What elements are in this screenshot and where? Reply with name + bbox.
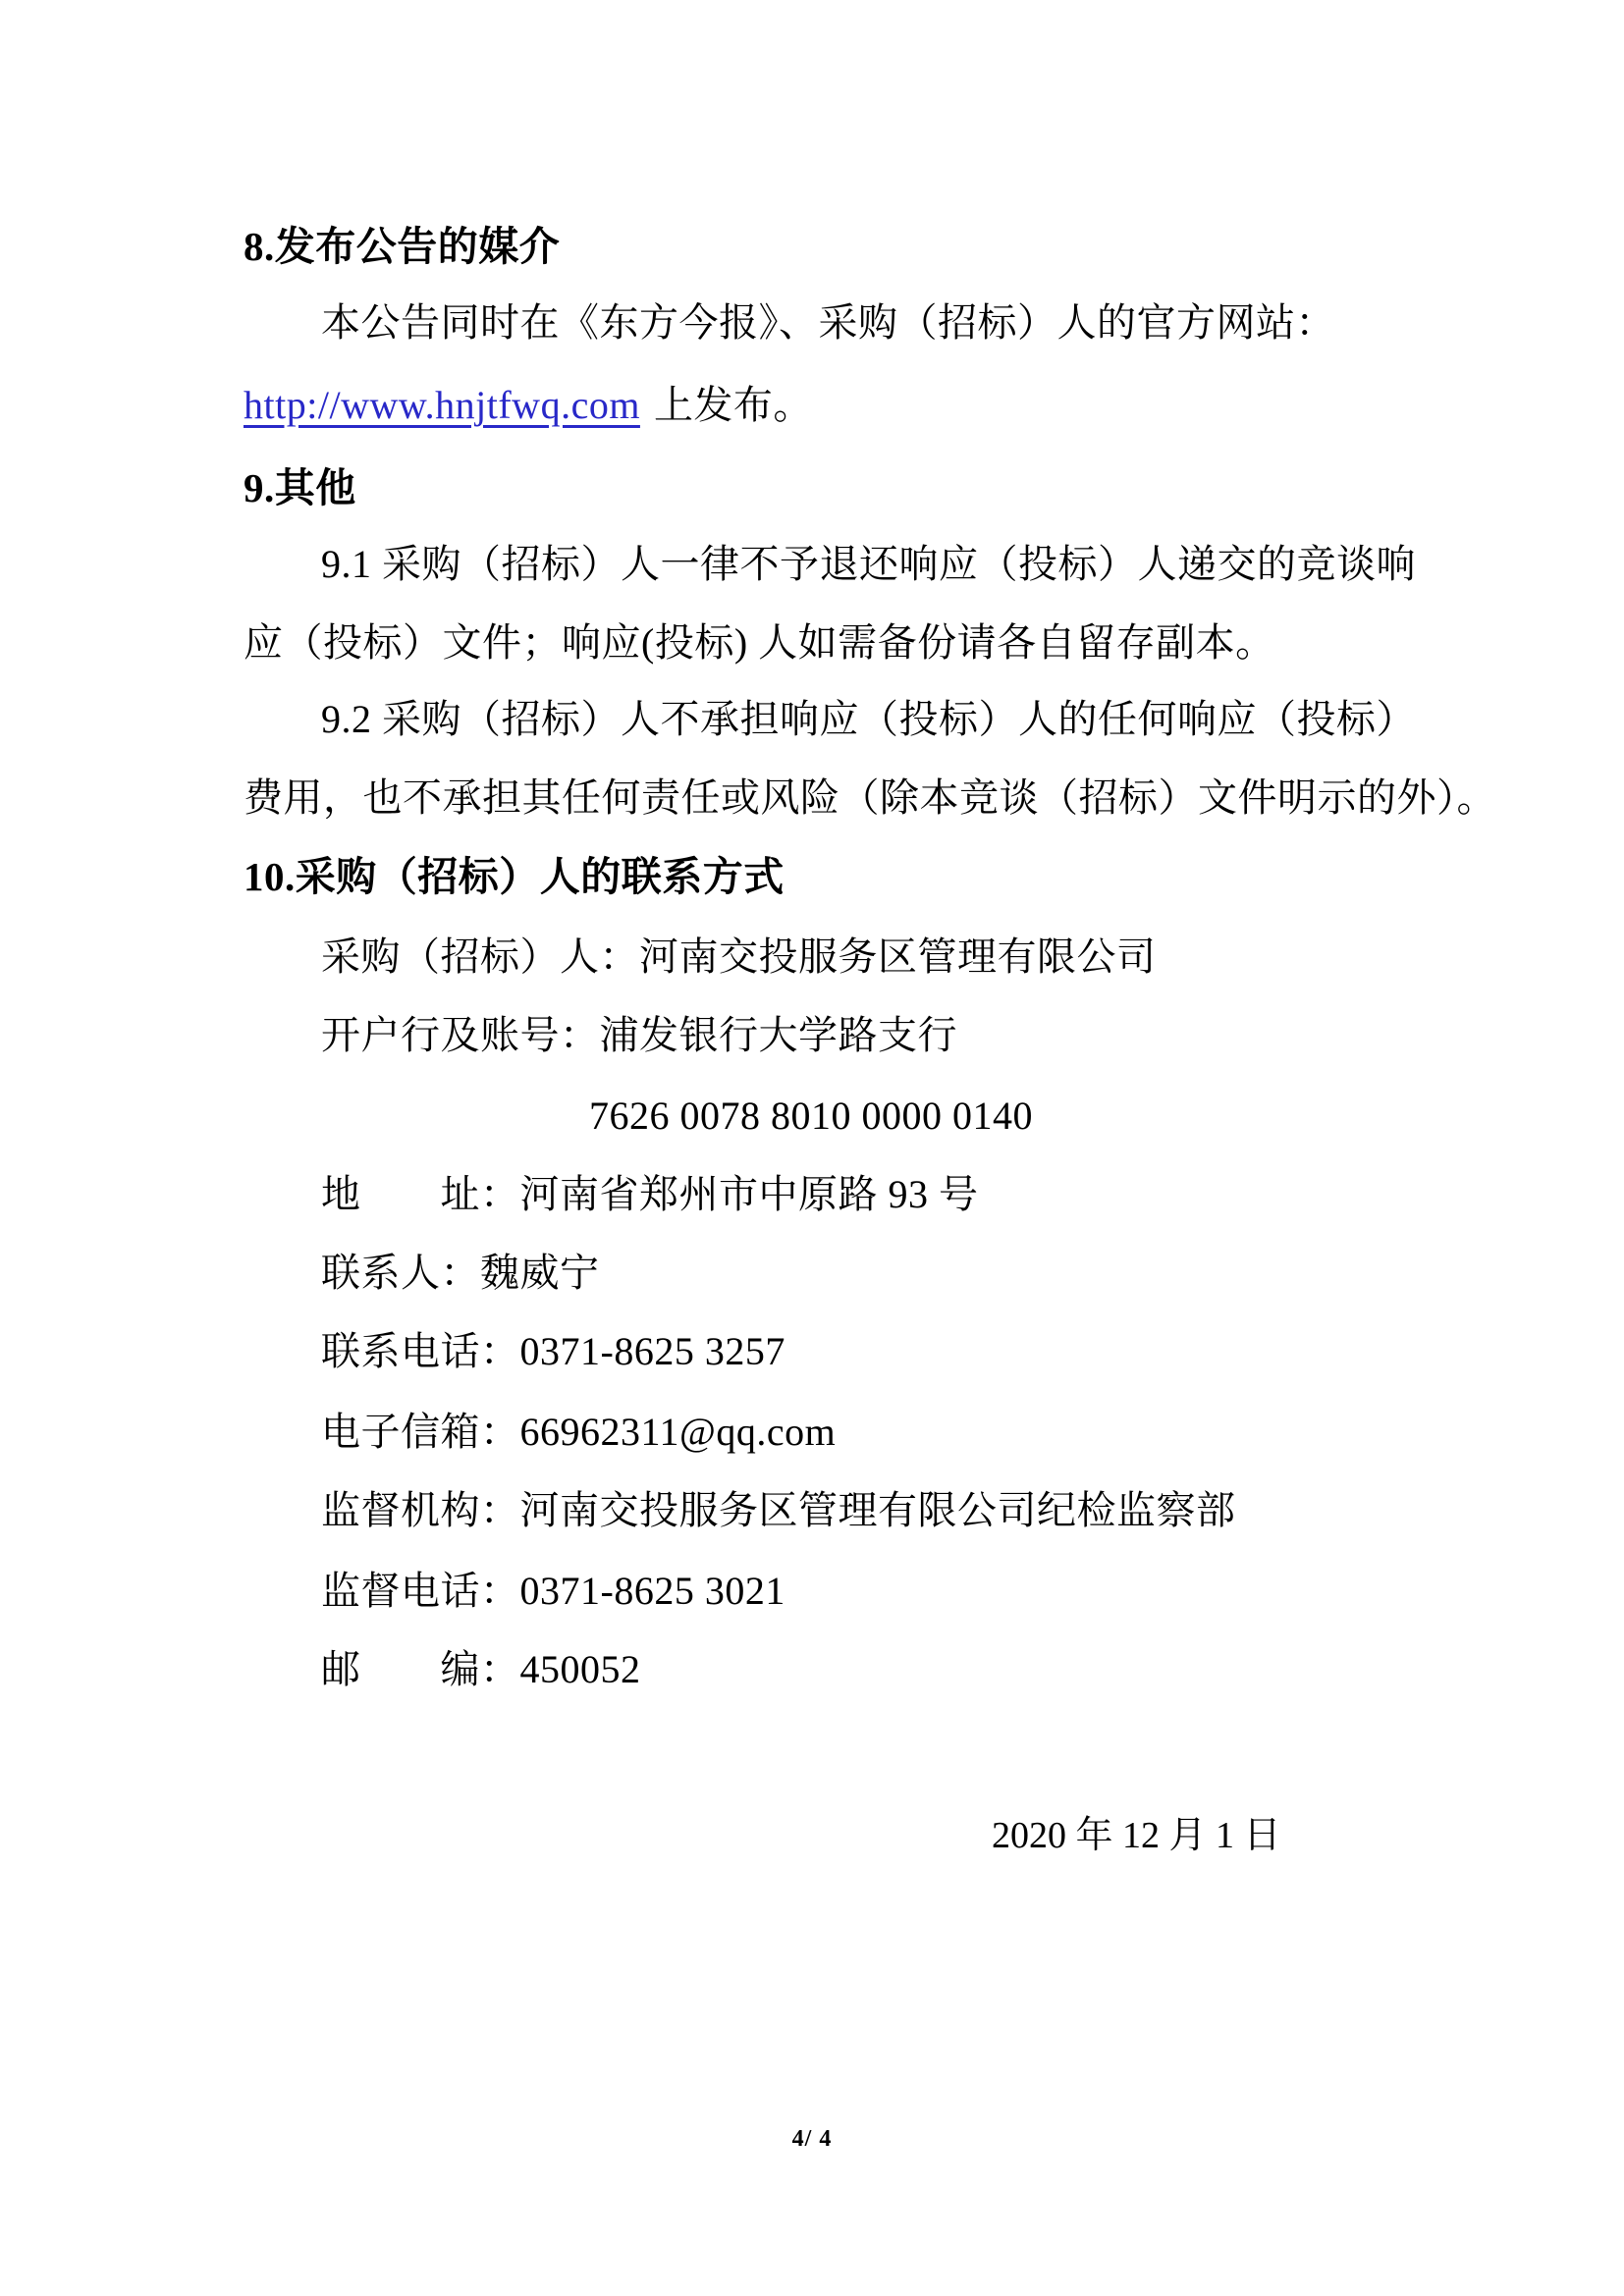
page-number: 4/ 4 [0, 2126, 1624, 2153]
document-date: 2020 年 12 月 1 日 [992, 1804, 1281, 1858]
contact-address-line: 地 址：河南省郑州市中原路 93 号 [321, 1172, 979, 1217]
contact-email-line: 电子信箱：66962311@qq.com [321, 1410, 836, 1455]
section-9-heading: 9.其他 [244, 465, 356, 511]
contact-person-line: 联系人：魏威宁 [321, 1251, 600, 1296]
zip-code-line: 邮 编：450052 [321, 1647, 641, 1692]
supervisor-phone-line: 监督电话：0371-8625 3021 [321, 1569, 785, 1614]
clause-9-1-line-2: 应（投标）文件；响应(投标) 人如需备份请各自留存副本。 [244, 620, 1275, 666]
website-link[interactable]: http://www.hnjtfwq.com [244, 383, 654, 427]
contact-phone-line: 联系电话：0371-8625 3257 [321, 1329, 785, 1374]
clause-9-2-line-2: 费用，也不承担其任何责任或风险（除本竞谈（招标）文件明示的外）。 [244, 775, 1496, 821]
document-page: 8.发布公告的媒介 本公告同时在《东方今报》、采购（招标）人的官方网站： htt… [0, 0, 1624, 2296]
section-8-paragraph-line-1: 本公告同时在《东方今报》、采购（招标）人的官方网站： [321, 300, 1335, 346]
contact-bank-line: 开户行及账号：浦发银行大学路支行 [321, 1013, 957, 1058]
contact-buyer-line: 采购（招标）人：河南交投服务区管理有限公司 [321, 934, 1157, 980]
supervisor-org-line: 监督机构：河南交投服务区管理有限公司纪检监察部 [321, 1488, 1236, 1533]
clause-9-2-line-1: 9.2 采购（招标）人不承担响应（投标）人的任何响应（投标） [321, 697, 1416, 742]
clause-9-1-line-1: 9.1 采购（招标）人一律不予退还响应（投标）人递交的竞谈响 [321, 542, 1416, 587]
section-8-heading: 8.发布公告的媒介 [244, 224, 560, 270]
section-8-paragraph-line-2: http://www.hnjtfwq.com上发布。 [244, 383, 813, 428]
section-10-heading: 10.采购（招标）人的联系方式 [244, 854, 785, 900]
url-suffix-text: 上发布。 [654, 383, 813, 427]
bank-account-number: 7626 0078 8010 0000 0140 [589, 1094, 1033, 1139]
